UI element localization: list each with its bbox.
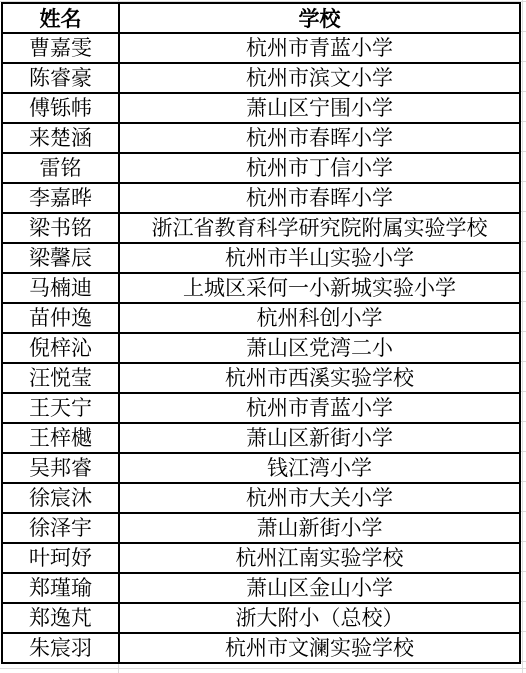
school-cell: 杭州市文澜实验学校 bbox=[119, 633, 520, 663]
school-cell: 浙大附小（总校） bbox=[119, 603, 520, 633]
table-row: 曹嘉雯 杭州市青蓝小学 bbox=[2, 33, 520, 63]
name-cell: 梁书铭 bbox=[2, 213, 119, 243]
table-body: 曹嘉雯 杭州市青蓝小学 陈睿豪 杭州市滨文小学 傅铄帏 萧山区宁围小学 来楚涵 … bbox=[2, 33, 520, 663]
table-row: 梁馨辰 杭州市半山实验小学 bbox=[2, 243, 520, 273]
school-cell: 杭州市青蓝小学 bbox=[119, 33, 520, 63]
table-row: 雷铭 杭州市丁信小学 bbox=[2, 153, 520, 183]
school-cell: 杭州市西溪实验学校 bbox=[119, 363, 520, 393]
school-cell: 杭州科创小学 bbox=[119, 303, 520, 333]
school-cell: 杭州市大关小学 bbox=[119, 483, 520, 513]
table-row: 徐泽宇 萧山新街小学 bbox=[2, 513, 520, 543]
school-cell: 杭州市春晖小学 bbox=[119, 123, 520, 153]
name-cell: 朱宸羽 bbox=[2, 633, 119, 663]
name-cell: 马楠迪 bbox=[2, 273, 119, 303]
roster-table: 姓名 学校 曹嘉雯 杭州市青蓝小学 陈睿豪 杭州市滨文小学 傅铄帏 萧山区宁围小… bbox=[1, 2, 521, 664]
name-cell: 吴邦睿 bbox=[2, 453, 119, 483]
name-cell: 徐宸沐 bbox=[2, 483, 119, 513]
name-cell: 陈睿豪 bbox=[2, 63, 119, 93]
school-cell: 萧山区新街小学 bbox=[119, 423, 520, 453]
name-cell: 叶珂妤 bbox=[2, 543, 119, 573]
school-cell: 杭州市丁信小学 bbox=[119, 153, 520, 183]
table-row: 来楚涵 杭州市春晖小学 bbox=[2, 123, 520, 153]
table-row: 叶珂妤 杭州江南实验学校 bbox=[2, 543, 520, 573]
name-cell: 倪梓沁 bbox=[2, 333, 119, 363]
name-cell: 傅铄帏 bbox=[2, 93, 119, 123]
name-cell: 王梓樾 bbox=[2, 423, 119, 453]
table-row: 朱宸羽 杭州市文澜实验学校 bbox=[2, 633, 520, 663]
name-cell: 李嘉晔 bbox=[2, 183, 119, 213]
gridline-bottom bbox=[0, 668, 526, 669]
table-row: 汪悦莹 杭州市西溪实验学校 bbox=[2, 363, 520, 393]
school-cell: 杭州江南实验学校 bbox=[119, 543, 520, 573]
table-row: 倪梓沁 萧山区党湾二小 bbox=[2, 333, 520, 363]
table-row: 梁书铭 浙江省教育科学研究院附属实验学校 bbox=[2, 213, 520, 243]
name-cell: 曹嘉雯 bbox=[2, 33, 119, 63]
name-cell: 郑瑾瑜 bbox=[2, 573, 119, 603]
spreadsheet-canvas: 姓名 学校 曹嘉雯 杭州市青蓝小学 陈睿豪 杭州市滨文小学 傅铄帏 萧山区宁围小… bbox=[0, 0, 526, 673]
table-row: 吴邦睿 钱江湾小学 bbox=[2, 453, 520, 483]
table-row: 马楠迪 上城区采何一小新城实验小学 bbox=[2, 273, 520, 303]
name-cell: 汪悦莹 bbox=[2, 363, 119, 393]
table-row: 王天宁 杭州市青蓝小学 bbox=[2, 393, 520, 423]
school-cell: 杭州市半山实验小学 bbox=[119, 243, 520, 273]
table-row: 傅铄帏 萧山区宁围小学 bbox=[2, 93, 520, 123]
table-row: 李嘉晔 杭州市春晖小学 bbox=[2, 183, 520, 213]
school-cell: 萧山区党湾二小 bbox=[119, 333, 520, 363]
table-row: 王梓樾 萧山区新街小学 bbox=[2, 423, 520, 453]
table-row: 陈睿豪 杭州市滨文小学 bbox=[2, 63, 520, 93]
name-cell: 徐泽宇 bbox=[2, 513, 119, 543]
school-cell: 钱江湾小学 bbox=[119, 453, 520, 483]
name-column-header: 姓名 bbox=[2, 3, 119, 33]
school-cell: 杭州市滨文小学 bbox=[119, 63, 520, 93]
school-cell: 萧山区宁围小学 bbox=[119, 93, 520, 123]
school-cell: 杭州市春晖小学 bbox=[119, 183, 520, 213]
header-row: 姓名 学校 bbox=[2, 3, 520, 33]
table-row: 郑瑾瑜 萧山区金山小学 bbox=[2, 573, 520, 603]
school-cell: 萧山新街小学 bbox=[119, 513, 520, 543]
table-row: 徐宸沐 杭州市大关小学 bbox=[2, 483, 520, 513]
name-cell: 苗仲逸 bbox=[2, 303, 119, 333]
school-cell: 萧山区金山小学 bbox=[119, 573, 520, 603]
school-column-header: 学校 bbox=[119, 3, 520, 33]
name-cell: 王天宁 bbox=[2, 393, 119, 423]
name-cell: 梁馨辰 bbox=[2, 243, 119, 273]
table-row: 苗仲逸 杭州科创小学 bbox=[2, 303, 520, 333]
name-cell: 来楚涵 bbox=[2, 123, 119, 153]
school-cell: 浙江省教育科学研究院附属实验学校 bbox=[119, 213, 520, 243]
school-cell: 杭州市青蓝小学 bbox=[119, 393, 520, 423]
school-cell: 上城区采何一小新城实验小学 bbox=[119, 273, 520, 303]
name-cell: 雷铭 bbox=[2, 153, 119, 183]
table-row: 郑逸芃 浙大附小（总校） bbox=[2, 603, 520, 633]
name-cell: 郑逸芃 bbox=[2, 603, 119, 633]
